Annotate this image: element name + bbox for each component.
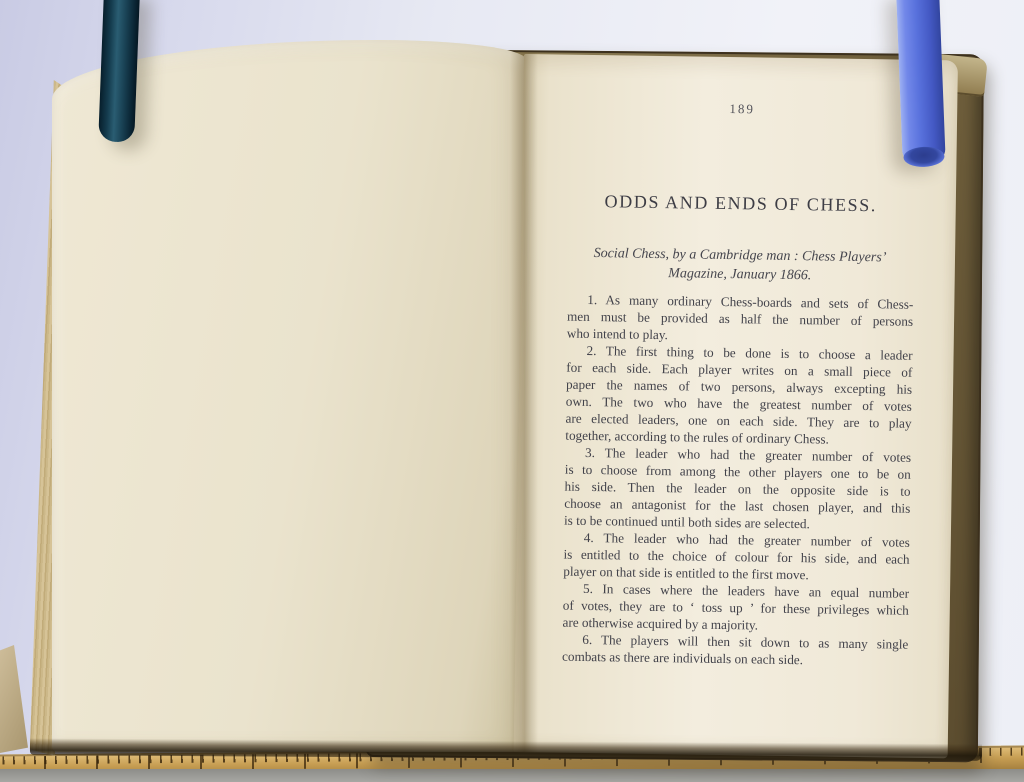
left-page-blank xyxy=(52,40,526,752)
table-surface xyxy=(0,769,1024,782)
cover-edge-sliver xyxy=(0,645,28,753)
right-page: 189 ODDS AND ENDS OF CHESS. Social Chess… xyxy=(514,54,958,758)
source-citation: Social Chess, by a Cambridge man : Chess… xyxy=(535,244,946,287)
body-text: 1. As many ordinary Chess-boards and set… xyxy=(562,291,914,670)
page-number: 189 xyxy=(569,99,915,120)
blue-pen-cap xyxy=(896,0,946,163)
photo-scene: 189 ODDS AND ENDS OF CHESS. Social Chess… xyxy=(0,0,1024,782)
book-gutter-shadow xyxy=(510,52,538,752)
dark-blue-pen xyxy=(98,0,140,143)
chapter-title: ODDS AND ENDS OF CHESS. xyxy=(552,190,930,217)
